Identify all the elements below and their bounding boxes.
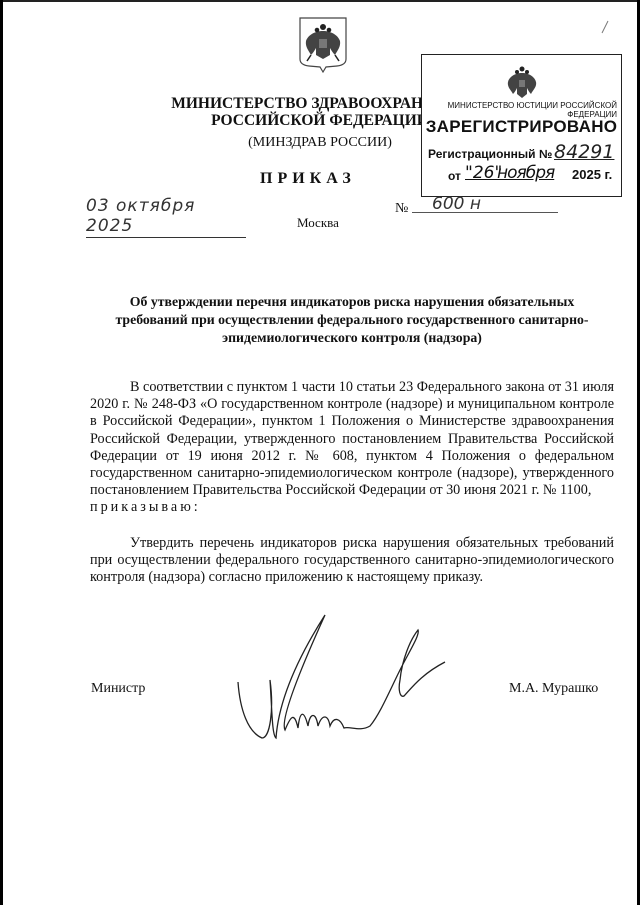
page-edge-left — [0, 0, 3, 905]
document-heading: Об утверждении перечня индикаторов риска… — [92, 293, 612, 347]
order-number-label: № — [395, 201, 408, 217]
order-number: 600 н — [432, 194, 481, 214]
coat-of-arms-icon — [297, 15, 349, 75]
signer-position: Министр — [91, 681, 145, 697]
registration-stamp: МИНИСТЕРСТВО ЮСТИЦИИ РОССИЙСКОЙ ФЕДЕРАЦИ… — [421, 54, 622, 197]
order-title: ПРИКАЗ — [260, 170, 356, 188]
page-edge-top — [0, 0, 640, 2]
preamble-text: В соответствии с пунктом 1 части 10 стат… — [90, 379, 614, 498]
preamble-paragraph: В соответствии с пунктом 1 части 10 стат… — [90, 379, 614, 517]
order-date: 03 октября 2025 — [86, 196, 246, 238]
handwritten-signature-icon — [230, 610, 450, 750]
stamp-registration-number: 84291 — [554, 141, 614, 163]
pen-mark-icon — [600, 20, 610, 34]
order-city: Москва — [297, 215, 339, 231]
stamp-title: ЗАРЕГИСТРИРОВАНО — [422, 117, 621, 137]
stamp-date-month: ноября — [497, 163, 554, 183]
signer-name: М.А. Мурашко — [509, 681, 598, 697]
stamp-date-prefix: от — [448, 169, 461, 183]
resolution-paragraph: Утвердить перечень индикаторов риска нар… — [90, 535, 614, 587]
stamp-coat-of-arms-icon — [502, 63, 542, 103]
order-word: приказываю: — [90, 499, 201, 515]
stamp-date-year: 2025 г. — [572, 167, 612, 182]
stamp-registration-label: Регистрационный № — [428, 147, 552, 161]
